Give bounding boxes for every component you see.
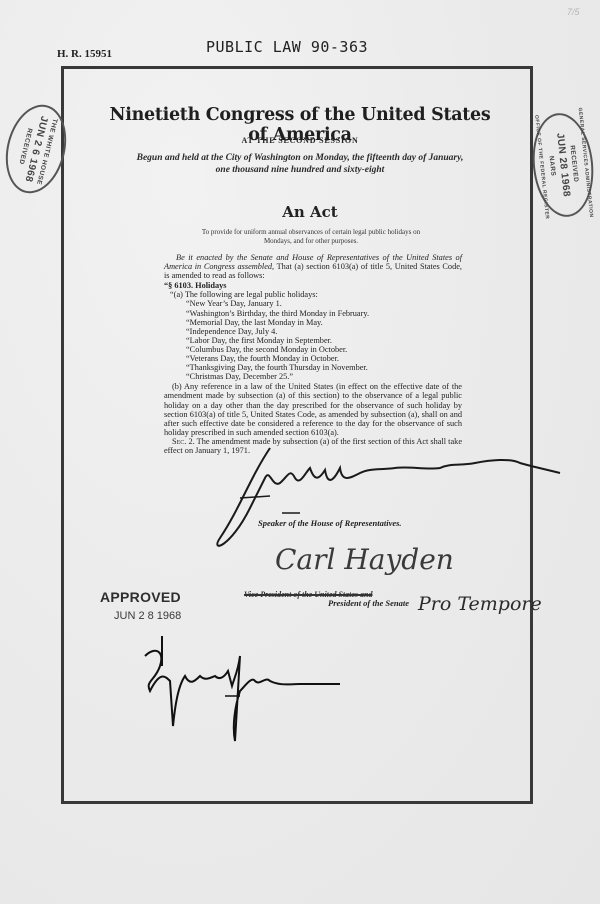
approved-stamp: APPROVED (100, 589, 181, 605)
section-heading: “§ 6103. Holidays (164, 281, 462, 290)
act-body: Be it enacted by the Senate and House of… (164, 253, 462, 455)
svg-text:Pro Tempore: Pro Tempore (417, 593, 542, 615)
public-law-stamp: PUBLIC LAW 90-363 (206, 38, 368, 56)
purpose-line-2: Mondays, and for other purposes. (163, 237, 459, 246)
holiday-item: “Labor Day, the first Monday in Septembe… (164, 336, 462, 345)
svg-text:Carl Hayden: Carl Hayden (275, 543, 454, 576)
enacting-clause: Be it enacted by the Senate and House of… (164, 253, 462, 280)
senate-signature: Carl Hayden (275, 537, 415, 592)
holiday-item: “Memorial Day, the last Monday in May. (164, 318, 462, 327)
speaker-title: Speaker of the House of Representatives. (258, 518, 402, 528)
session-date-line-2: one thousand nine hundred and sixty-eigh… (110, 164, 490, 176)
holiday-item: “Columbus Day, the second Monday in Octo… (164, 345, 462, 354)
holiday-item: “Christmas Day, December 25.” (164, 372, 462, 381)
holiday-item: “New Year’s Day, January 1. (164, 299, 462, 308)
holiday-item: “Washington’s Birthday, the third Monday… (164, 309, 462, 318)
session-date-line-1: Begun and held at the City of Washington… (110, 152, 490, 164)
session-date: Begun and held at the City of Washington… (110, 152, 490, 176)
holiday-item: “Veterans Day, the fourth Monday in Octo… (164, 354, 462, 363)
holiday-item: “Thanksgiving Day, the fourth Thursday i… (164, 363, 462, 372)
pencil-annotation: 7/5 (567, 7, 580, 17)
act-heading: An Act (160, 203, 460, 221)
president-signature (140, 636, 350, 746)
holiday-list: “New Year’s Day, January 1.“Washington’s… (164, 299, 462, 381)
bill-number: H. R. 15951 (57, 48, 112, 60)
subsection-a-intro: “(a) The following are legal public holi… (164, 290, 462, 299)
act-purpose: To provide for uniform annual observance… (163, 228, 459, 246)
holiday-item: “Independence Day, July 4. (164, 327, 462, 336)
session-heading: AT THE SECOND SESSION (100, 136, 500, 145)
purpose-line-1: To provide for uniform annual observance… (163, 228, 459, 237)
approved-date: JUN 2 8 1968 (114, 610, 181, 622)
section-2-label: Sec. 2. (172, 437, 195, 446)
subsection-b: (b) Any reference in a law of the United… (164, 382, 462, 437)
pro-tempore-handwritten: Pro Tempore (418, 588, 528, 618)
president-of-senate-title: President of the Senate (328, 598, 409, 608)
